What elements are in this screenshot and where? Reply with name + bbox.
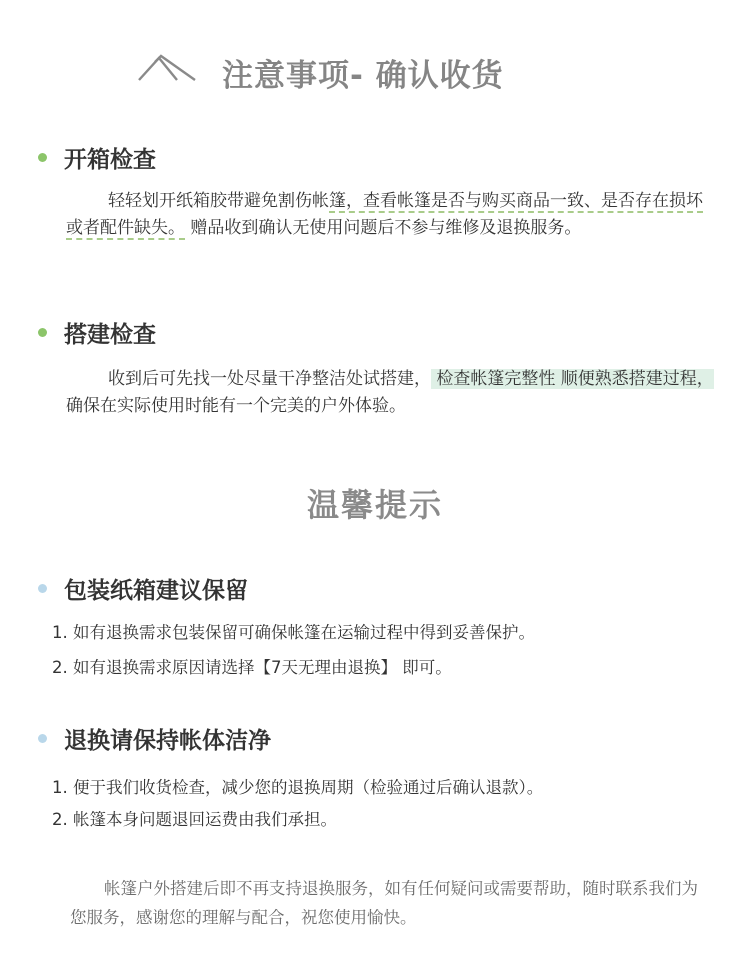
tips-list-item: 1. 便于我们收货检查，减少您的退换周期（检验通过后确认退款）。 — [52, 774, 543, 798]
page-header: 注意事项- 确认收货 — [0, 42, 750, 98]
paragraph-text: 收到后可先找一处尽量干净整洁处试搭建， — [108, 369, 431, 389]
section-heading-setup: 搭建检查 — [38, 316, 156, 349]
footer-text: 帐篷户外搭建后即不再支持退换服务，如有任何疑问或需要帮助，随时联系我们为您服务，… — [70, 879, 698, 927]
tips-group-title: 包装纸箱建议保留 — [64, 572, 248, 605]
tips-list-item: 2. 如有退换需求原因请选择【7天无理由退换】 即可。 — [52, 654, 452, 678]
tips-list-item: 2. 帐篷本身问题退回运费由我们承担。 — [52, 806, 337, 830]
section-title: 搭建检查 — [64, 316, 156, 349]
tips-group-heading-packaging: 包装纸箱建议保留 — [38, 572, 248, 605]
section-title: 开箱检查 — [64, 141, 156, 174]
tips-group-title: 退换请保持帐体洁净 — [64, 722, 271, 755]
paragraph-text: 轻轻划开纸箱胶带避免割伤帐 — [108, 191, 329, 211]
bullet-dot-icon — [38, 153, 47, 162]
bullet-dot-icon — [38, 328, 47, 337]
bullet-dot-icon — [38, 584, 47, 593]
tips-title: 温馨提示 — [0, 480, 750, 526]
paragraph-text: 确保在实际使用时能有一个完美的户外体验。 — [66, 396, 406, 416]
tips-group-heading-clean: 退换请保持帐体洁净 — [38, 722, 271, 755]
highlighted-text: 检查帐篷完整性 顺便熟悉搭建过程， — [431, 369, 714, 389]
page-title: 注意事项- 确认收货 — [222, 50, 504, 95]
section-heading-unboxing: 开箱检查 — [38, 141, 156, 174]
bullet-dot-icon — [38, 734, 47, 743]
section-paragraph-setup: 收到后可先找一处尽量干净整洁处试搭建， 检查帐篷完整性 顺便熟悉搭建过程，确保在… — [66, 366, 716, 420]
section-paragraph-unboxing: 轻轻划开纸箱胶带避免割伤帐篷，查看帐篷是否与购买商品一致、是否存在损坏或者配件缺… — [66, 188, 716, 242]
footer-note: 帐篷户外搭建后即不再支持退换服务，如有任何疑问或需要帮助，随时联系我们为您服务，… — [70, 874, 700, 932]
tips-list-item: 1. 如有退换需求包装保留可确保帐篷在运输过程中得到妥善保护。 — [52, 619, 535, 643]
paragraph-text: 赠品收到确认无使用问题后不参与维修及退换服务。 — [185, 218, 581, 238]
mountain-icon — [137, 54, 199, 82]
